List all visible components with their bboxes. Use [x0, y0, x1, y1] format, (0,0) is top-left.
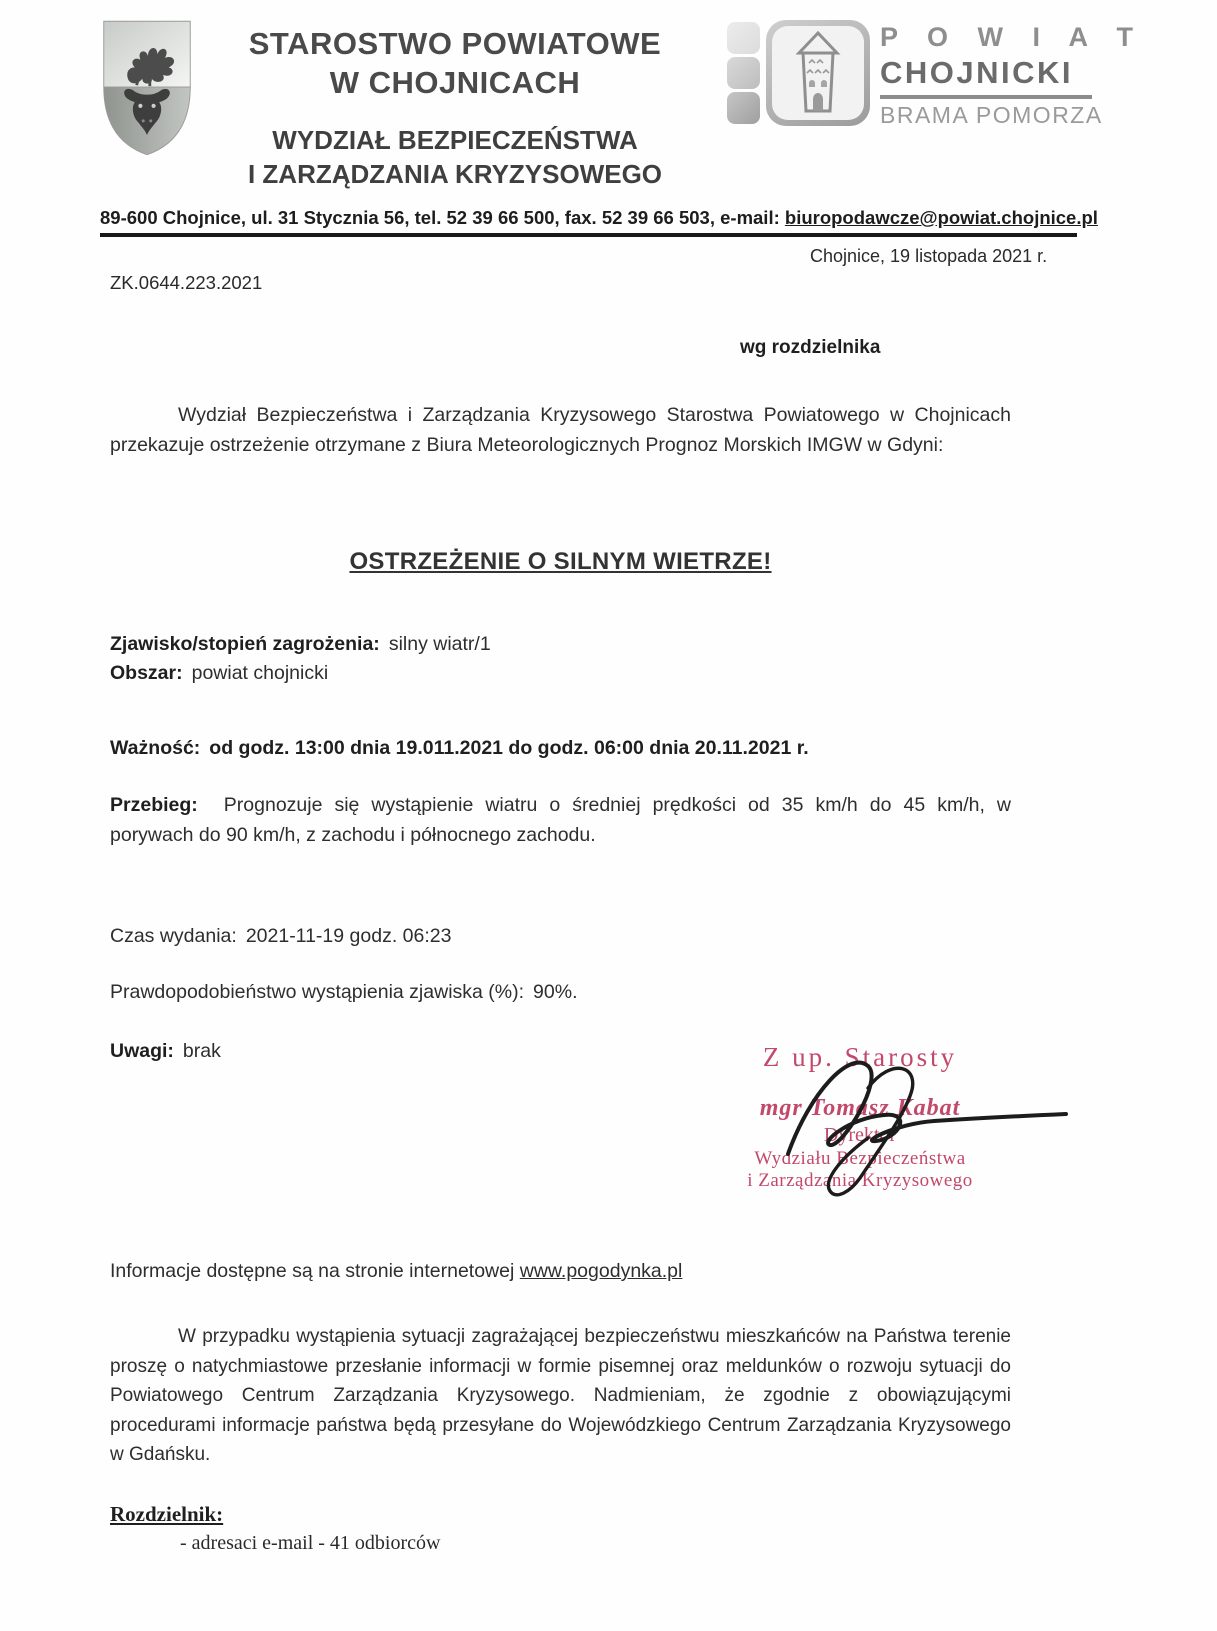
logo-divider — [880, 95, 1092, 99]
place-date: Chojnice, 19 listopada 2021 r. — [810, 246, 1047, 267]
remarks-line: Uwagi:brak — [110, 1040, 221, 1063]
handwritten-signature-icon — [770, 1026, 1080, 1216]
county-logo: P O W I A T CHOJNICKI BRAMA POMORZA — [700, 20, 1100, 132]
letterhead: STAROSTWO POWIATOWE W CHOJNICACH WYDZIAŁ… — [205, 24, 705, 191]
distribution-note: wg rozdzielnika — [740, 337, 880, 359]
phenomenon-label: Zjawisko/stopień zagrożenia: — [110, 633, 380, 655]
org-name-line1: STAROSTWO POWIATOWE — [205, 24, 705, 63]
dept-name-line2: I ZARZĄDZANIA KRYZYSOWEGO — [205, 157, 705, 191]
validity-line: Ważność:od godz. 13:00 dnia 19.011.2021 … — [110, 737, 809, 760]
distribution-item: - adresaci e-mail - 41 odbiorców — [180, 1532, 440, 1555]
address-text: 89-600 Chojnice, ul. 31 Stycznia 56, tel… — [100, 207, 785, 228]
distribution-label: Rozdzielnik: — [110, 1502, 223, 1527]
area-value: powiat chojnicki — [192, 662, 329, 684]
probability-line: Prawdopodobieństwo wystąpienia zjawiska … — [110, 981, 578, 1004]
tower-icon — [766, 20, 870, 126]
issued-label: Czas wydania: — [110, 925, 237, 947]
probability-value: 90%. — [533, 981, 577, 1003]
validity-value: od godz. 13:00 dnia 19.011.2021 do godz.… — [209, 737, 808, 759]
reference-number: ZK.0644.223.2021 — [110, 272, 262, 294]
email-link[interactable]: biuropodawcze@powiat.chojnice.pl — [785, 207, 1098, 228]
course-paragraph: Przebieg:Prognozuje się wystąpienie wiat… — [110, 790, 1011, 850]
validity-label: Ważność: — [110, 737, 200, 759]
remarks-value: brak — [183, 1040, 221, 1062]
logo-square-icon — [727, 92, 760, 124]
logo-text-chojnicki: CHOJNICKI — [880, 55, 1100, 91]
course-value: Prognozuje się wystąpienie wiatru o śred… — [110, 794, 1011, 846]
logo-square-icon — [727, 22, 760, 54]
intro-paragraph: Wydział Bezpieczeństwa i Zarządzania Kry… — [110, 400, 1011, 460]
coat-of-arms-icon — [100, 15, 194, 161]
probability-label: Prawdopodobieństwo wystąpienia zjawiska … — [110, 981, 524, 1003]
header-divider — [100, 233, 1077, 237]
phenomenon-line: Zjawisko/stopień zagrożenia:silny wiatr/… — [110, 633, 491, 656]
logo-text-brama-pomorza: BRAMA POMORZA — [880, 102, 1100, 129]
area-label: Obszar: — [110, 662, 183, 684]
logo-square-icon — [727, 57, 760, 89]
org-name-line2: W CHOJNICACH — [205, 63, 705, 102]
warning-title: OSTRZEŻENIE O SILNYM WIETRZE! — [110, 548, 1011, 576]
area-line: Obszar:powiat chojnicki — [110, 662, 328, 685]
address-line: 89-600 Chojnice, ul. 31 Stycznia 56, tel… — [100, 207, 1077, 229]
pogodynka-link[interactable]: www.pogodynka.pl — [520, 1260, 683, 1282]
footer-paragraph: W przypadku wystąpienia sytuacji zagraża… — [110, 1322, 1011, 1470]
course-label: Przebieg: — [110, 794, 198, 816]
info-line: Informacje dostępne są na stronie intern… — [110, 1260, 682, 1283]
phenomenon-value: silny wiatr/1 — [389, 633, 491, 655]
document-page: STAROSTWO POWIATOWE W CHOJNICACH WYDZIAŁ… — [0, 0, 1217, 1631]
remarks-label: Uwagi: — [110, 1040, 174, 1062]
logo-text-powiat: P O W I A T — [880, 22, 1100, 53]
issued-line: Czas wydania:2021-11-19 godz. 06:23 — [110, 925, 451, 948]
issued-value: 2021-11-19 godz. 06:23 — [246, 925, 452, 947]
dept-name-line1: WYDZIAŁ BEZPIECZEŃSTWA — [205, 123, 705, 157]
info-text: Informacje dostępne są na stronie intern… — [110, 1260, 520, 1282]
